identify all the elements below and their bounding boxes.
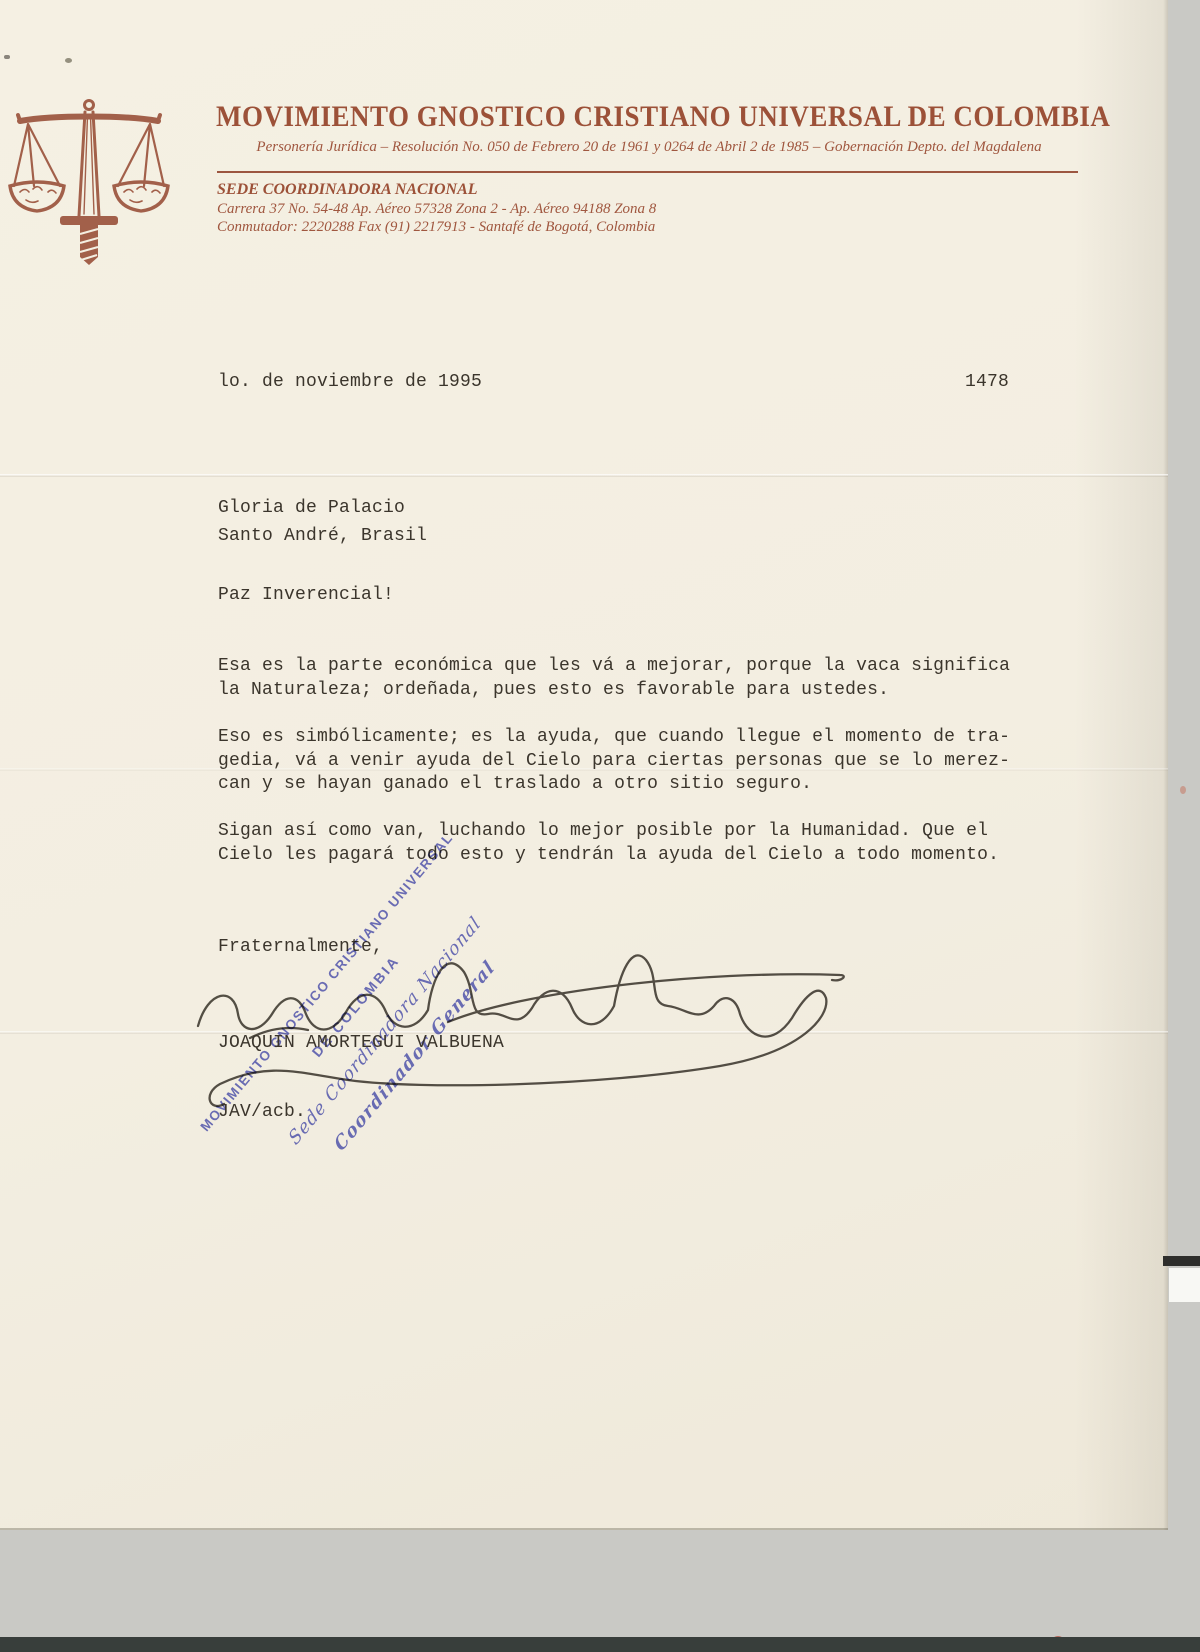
organization-name: MOVIMIENTO GNOSTICO CRISTIANO UNIVERSAL … [216,100,1082,133]
scan-artifact-dark-bar [1163,1256,1200,1266]
paper-sheet: MOVIMIENTO GNOSTICO CRISTIANO UNIVERSAL … [0,0,1168,1530]
body-paragraph: Esa es la parte económica que les vá a m… [218,655,1010,702]
date-line: lo. de noviembre de 1995 [218,371,1018,395]
scan-artifact-white-patch [1169,1268,1200,1302]
salutation: Paz Inverencial! [218,584,394,608]
legal-registration-line: Personería Jurídica – Resolución No. 050… [216,139,1082,156]
scales-of-justice-logo-icon [8,96,170,266]
scanner-edge-band [0,1637,1200,1652]
reference-number: 1478 [965,371,1009,395]
typist-initials: JAV/acb. [218,1101,306,1125]
signer-name: JOAQUIN AMORTEGUI VALBUENA [218,1032,504,1056]
scanned-letter: MOVIMIENTO GNOSTICO CRISTIANO UNIVERSAL … [0,0,1200,1652]
office-title: SEDE COORDINADORA NACIONAL [217,181,478,199]
fold-crease [0,474,1168,477]
letterhead-divider [217,171,1078,173]
letterhead: MOVIMIENTO GNOSTICO CRISTIANO UNIVERSAL … [0,0,1168,270]
body-paragraph: Eso es simbólicamente; es la ayuda, que … [218,726,1010,797]
recipient-block: Gloria de Palacio Santo André, Brasil [218,494,427,550]
paper-speck [1180,786,1186,794]
address-line-1: Carrera 37 No. 54-48 Ap. Aéreo 57328 Zon… [217,201,656,218]
body-paragraph: Sigan así como van, luchando lo mejor po… [218,820,999,867]
address-line-2: Conmutador: 2220288 Fax (91) 2217913 - S… [217,219,655,236]
